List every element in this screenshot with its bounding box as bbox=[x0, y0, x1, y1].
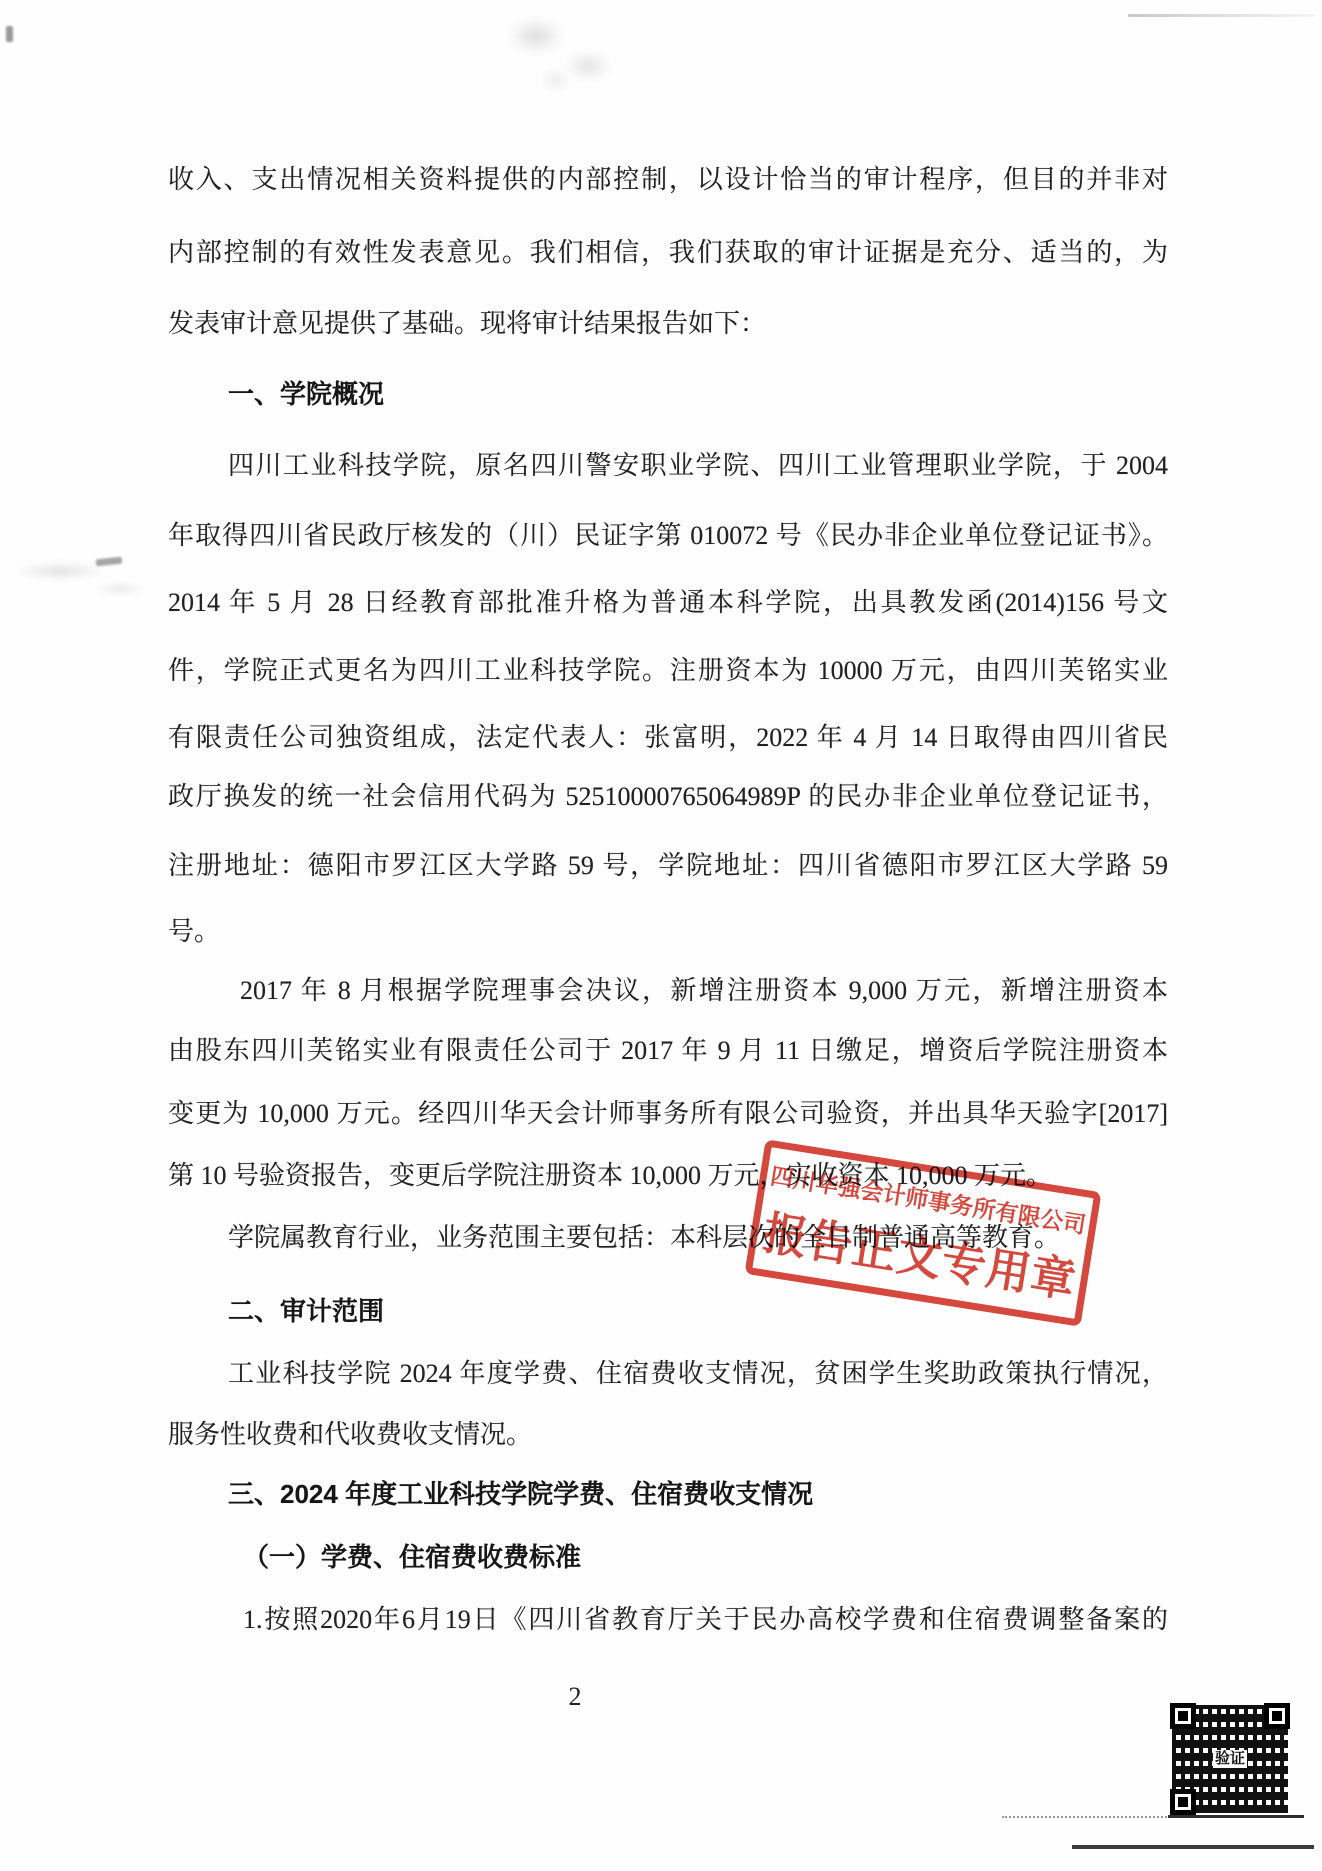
scan-edge-line bbox=[1128, 14, 1314, 17]
text-line-2: 内部控制的有效性发表意见。我们相信，我们获取的审计证据是充分、适当的，为 bbox=[168, 236, 1168, 270]
text-line-20: 服务性收费和代收费收支情况。 bbox=[168, 1418, 532, 1452]
scan-speck-corner bbox=[6, 26, 13, 42]
text-line-7: 2014 年 5 月 28 日经教育部批准升格为普通本科学院，出具教发函(201… bbox=[168, 586, 1168, 620]
bottom-rule bbox=[1072, 1845, 1314, 1849]
qr-finder-icon bbox=[1170, 1789, 1196, 1815]
scan-speck bbox=[96, 557, 123, 567]
text-line-4: 一、学院概况 bbox=[228, 377, 384, 411]
page-number: 2 bbox=[540, 1682, 610, 1712]
text-line-22: （一）学费、住宿费收费标准 bbox=[243, 1540, 581, 1574]
text-line-21: 三、2024 年度工业科技学院学费、住宿费收支情况 bbox=[228, 1477, 813, 1511]
qr-finder-icon bbox=[1170, 1703, 1196, 1729]
text-line-11: 注册地址：德阳市罗江区大学路 59 号，学院地址：四川省德阳市罗江区大学路 59 bbox=[168, 849, 1168, 883]
solid-rule bbox=[1168, 1815, 1304, 1818]
text-line-18: 二、审计范围 bbox=[228, 1294, 384, 1328]
text-line-14: 由股东四川芙铭实业有限责任公司于 2017 年 9 月 11 日缴足，增资后学院… bbox=[168, 1034, 1168, 1068]
text-line-12: 号。 bbox=[168, 915, 220, 949]
text-line-3: 发表审计意见提供了基础。现将审计结果报告如下： bbox=[168, 307, 766, 341]
text-line-19: 工业科技学院 2024 年度学费、住宿费收支情况，贫困学生奖助政策执行情况， bbox=[228, 1357, 1168, 1391]
dotted-rule bbox=[1002, 1816, 1170, 1818]
scan-smudge-top bbox=[496, 10, 646, 98]
text-line-13: 2017 年 8 月根据学院理事会决议，新增注册资本 9,000 万元，新增注册… bbox=[240, 974, 1168, 1008]
scanned-page: 收入、支出情况相关资料提供的内部控制，以设计恰当的审计程序，但目的并非对内部控制… bbox=[0, 0, 1322, 1871]
text-line-5: 四川工业科技学院，原名四川警安职业学院、四川工业管理职业学院，于 2004 bbox=[228, 449, 1168, 483]
text-line-6: 年取得四川省民政厅核发的（川）民证字第 010072 号《民办非企业单位登记证书… bbox=[168, 519, 1168, 553]
text-line-9: 有限责任公司独资组成，法定代表人：张富明，2022 年 4 月 14 日取得由四… bbox=[168, 721, 1168, 755]
qr-center-label: 验证 bbox=[1213, 1750, 1247, 1768]
qr-code: 验证 bbox=[1168, 1701, 1292, 1817]
text-line-1: 收入、支出情况相关资料提供的内部控制，以设计恰当的审计程序，但目的并非对 bbox=[168, 163, 1168, 197]
qr-finder-icon bbox=[1264, 1703, 1290, 1729]
scan-smudge-left bbox=[0, 545, 178, 607]
text-line-10: 政厅换发的统一社会信用代码为 52510000765064989P 的民办非企业… bbox=[168, 780, 1168, 814]
text-line-23: 1.按照2020年6月19日《四川省教育厅关于民办高校学费和住宿费调整备案的 bbox=[243, 1603, 1168, 1637]
text-line-15: 变更为 10,000 万元。经四川华天会计师事务所有限公司验资，并出具华天验字[… bbox=[168, 1097, 1168, 1131]
text-line-8: 件，学院正式更名为四川工业科技学院。注册资本为 10000 万元，由四川芙铭实业 bbox=[168, 654, 1168, 688]
